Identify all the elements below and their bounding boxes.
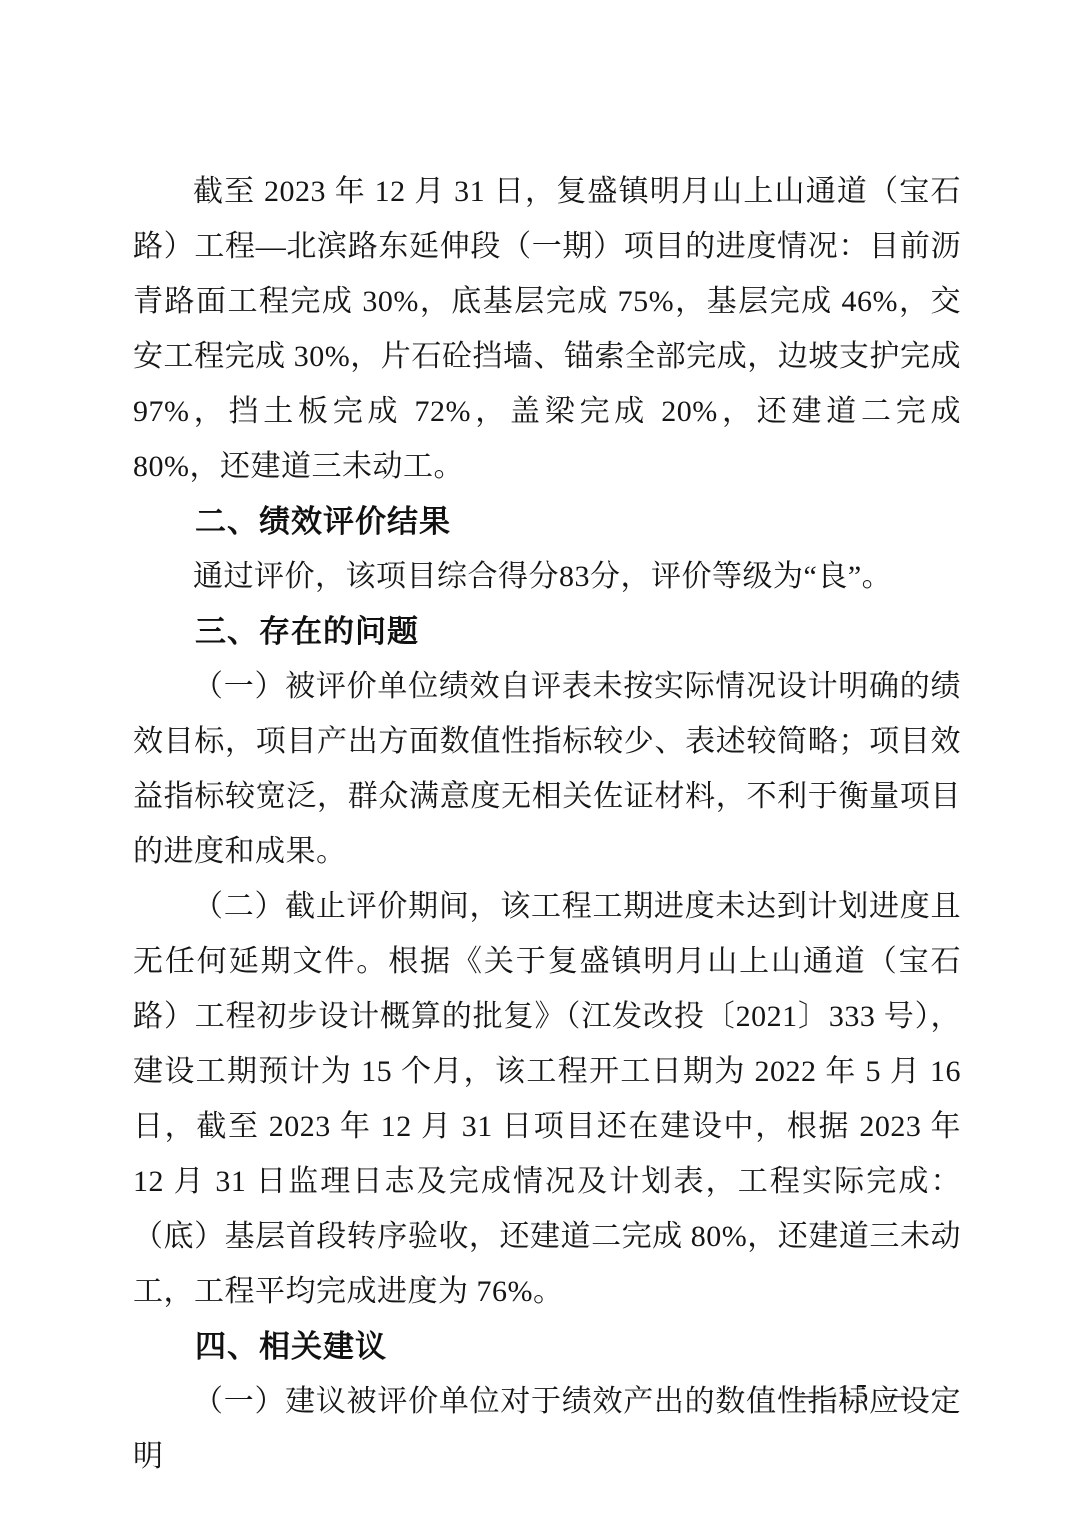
paragraph-problem-1: （一）被评价单位绩效自评表未按实际情况设计明确的绩效目标，项目产出方面数值性指标…	[133, 659, 961, 879]
document-page: 截至 2023 年 12 月 31 日，复盛镇明月山上山通道（宝石路）工程—北滨…	[0, 0, 1074, 1520]
paragraph-project-progress: 截至 2023 年 12 月 31 日，复盛镇明月山上山通道（宝石路）工程—北滨…	[133, 164, 961, 494]
paragraph-problem-2: （二）截止评价期间，该工程工期进度未达到计划进度且无任何延期文件。根据《关于复盛…	[133, 879, 961, 1319]
page-number: — 15 —	[796, 1378, 915, 1410]
section-heading-existing-problems: 三、存在的问题	[133, 604, 961, 659]
section-heading-suggestions: 四、相关建议	[133, 1319, 961, 1374]
document-body: 截至 2023 年 12 月 31 日，复盛镇明月山上山通道（宝石路）工程—北滨…	[133, 164, 961, 1484]
section-heading-evaluation-result: 二、绩效评价结果	[133, 494, 961, 549]
paragraph-evaluation-score: 通过评价，该项目综合得分83分，评价等级为“良”。	[133, 549, 961, 604]
